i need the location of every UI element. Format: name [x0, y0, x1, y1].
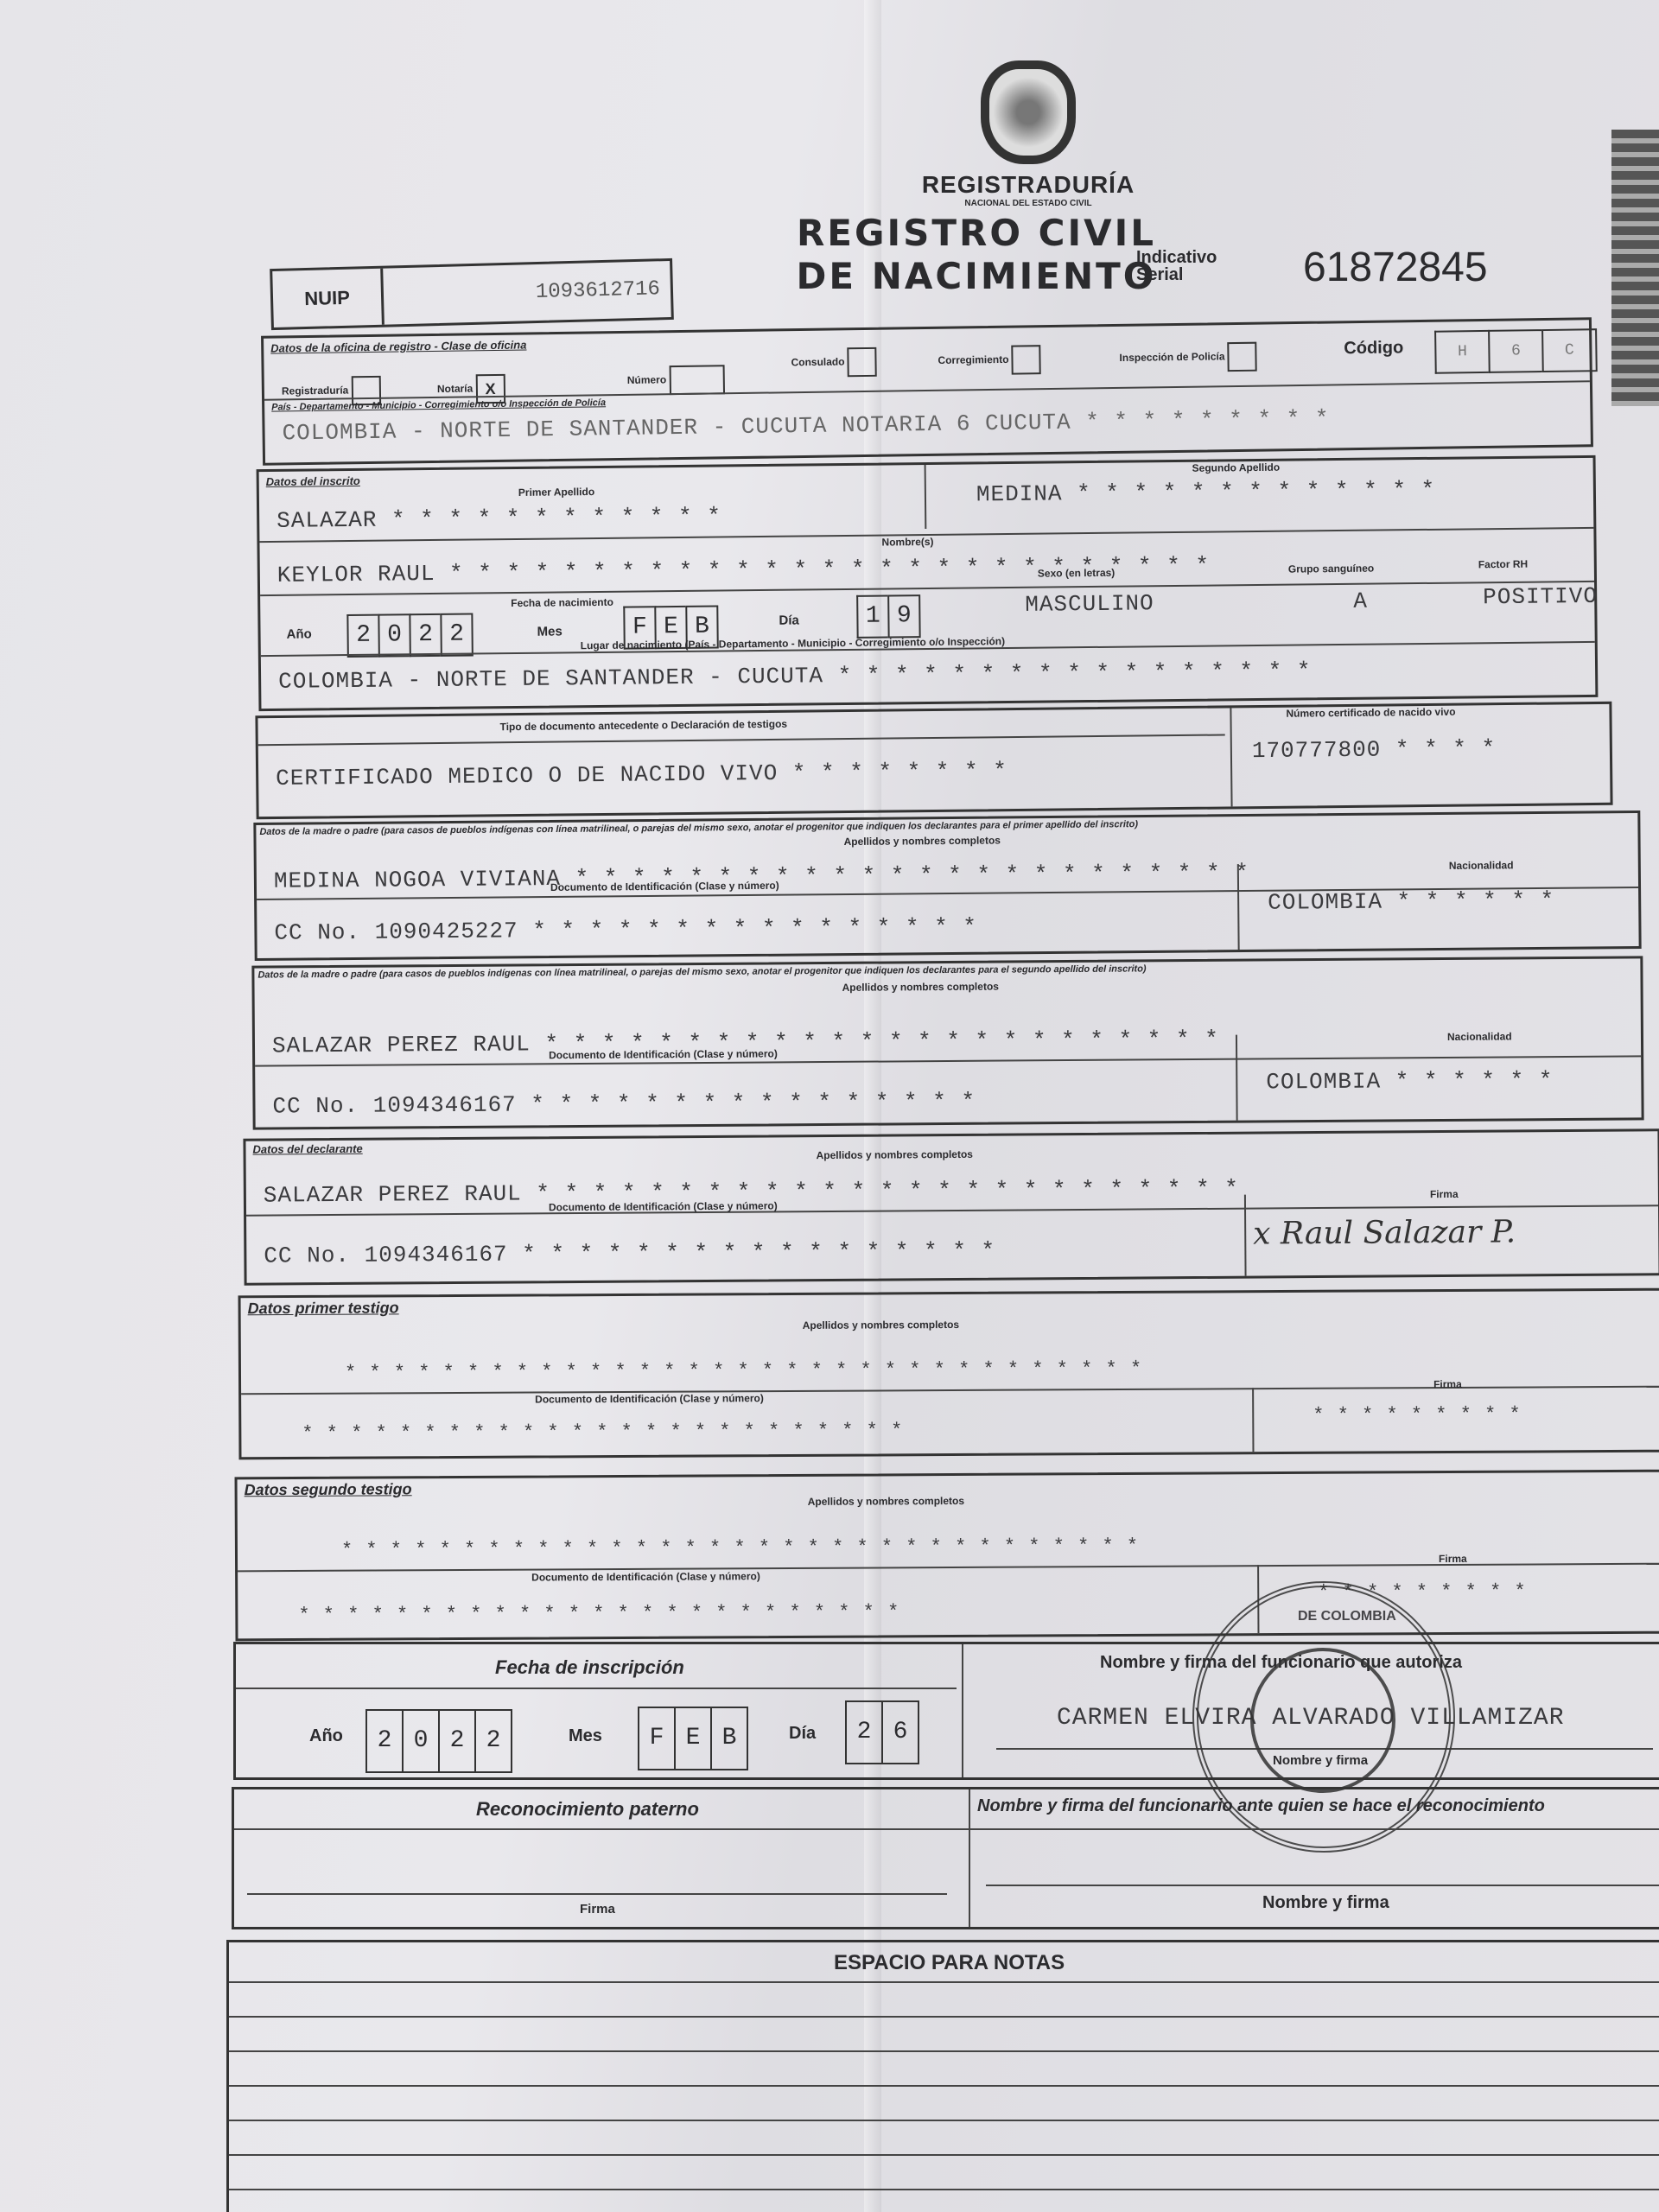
code-label: Código — [1344, 338, 1403, 359]
recognition-section: Reconocimiento paterno Firma Nombre y fi… — [232, 1787, 1659, 1929]
witness2-names-value: * * * * * * * * * * * * * * * * * * * * … — [341, 1535, 1139, 1561]
inscription-month-label: Mes — [569, 1726, 602, 1746]
witness1-signature-value: * * * * * * * * * — [1313, 1404, 1522, 1427]
blood-group-value: A — [1353, 588, 1368, 614]
declarant-doc-label: Documento de Identificación (Clase y núm… — [549, 1199, 778, 1213]
birth-day-digits: 1 9 — [856, 594, 921, 639]
witness1-doc-label: Documento de Identificación (Clase y núm… — [535, 1392, 764, 1405]
names-label: Nombre(s) — [881, 536, 933, 549]
parent2-names-label: Apellidos y nombres completos — [842, 981, 999, 994]
checkbox-inspeccion — [1228, 342, 1257, 372]
coat-of-arms-icon — [981, 60, 1076, 164]
parent2-nationality-label: Nacionalidad — [1447, 1030, 1512, 1043]
inscription-day-label: Día — [789, 1724, 816, 1744]
recognition-signature-label: Firma — [580, 1902, 615, 1916]
parent1-names-label: Apellidos y nombres completos — [843, 834, 1000, 848]
inscription-caption: Fecha de inscripción — [495, 1656, 684, 1679]
stamp-inner-ring — [1250, 1648, 1395, 1793]
parent1-doc-label: Documento de Identificación (Clase y núm… — [550, 880, 779, 893]
office-option-inspeccion: Inspección de Policía — [1119, 342, 1257, 373]
parent1-nationality-label: Nacionalidad — [1449, 859, 1514, 872]
second-surname-value: MEDINA * * * * * * * * * * * * * — [976, 477, 1436, 508]
registrant-caption: Datos del inscrito — [266, 474, 360, 488]
declarant-section: Datos del declarante Apellidos y nombres… — [243, 1128, 1659, 1285]
declarant-doc-value: CC No. 1094346167 * * * * * * * * * * * … — [264, 1238, 995, 1269]
nuip-box: NUIP 1093612716 — [270, 258, 674, 330]
recognition-caption: Reconocimiento paterno — [476, 1798, 699, 1821]
cert-number-value: 170777800 * * * * — [1252, 735, 1497, 764]
birth-year-digits: 2 0 2 2 — [346, 613, 474, 658]
nuip-label: NUIP — [272, 269, 385, 327]
witness1-names-value: * * * * * * * * * * * * * * * * * * * * … — [345, 1358, 1142, 1384]
birthplace-value: COLOMBIA - NORTE DE SANTANDER - CUCUTA *… — [278, 658, 1312, 695]
institution-name: REGISTRADURÍA — [726, 171, 1331, 199]
birth-certificate-page: REGISTRADURÍA NACIONAL DEL ESTADO CIVIL … — [0, 0, 1659, 2212]
office-section: Datos de la oficina de registro - Clase … — [261, 317, 1593, 465]
notes-caption: ESPACIO PARA NOTAS — [834, 1951, 1065, 1975]
office-caption: Datos de la oficina de registro - Clase … — [270, 338, 526, 354]
witness2-section: Datos segundo testigo Apellidos y nombre… — [235, 1470, 1659, 1642]
parent1-doc-value: CC No. 1090425227 * * * * * * * * * * * … — [274, 914, 977, 946]
witness2-doc-value: * * * * * * * * * * * * * * * * * * * * … — [298, 1601, 899, 1626]
office-option-numero: Número — [627, 365, 725, 396]
code-chars: H 6 C — [1434, 328, 1598, 374]
serial-value: 61872845 — [1303, 244, 1488, 291]
witness2-signature-label: Firma — [1439, 1553, 1467, 1565]
parent2-nationality-value: COLOMBIA * * * * * * — [1266, 1067, 1553, 1095]
inscription-year-digits: 2 0 2 2 — [365, 1709, 512, 1773]
serial-label: Indicativo Serial — [1136, 249, 1249, 283]
witness1-names-label: Apellidos y nombres completos — [803, 1319, 959, 1332]
parent2-doc-value: CC No. 1094346167 * * * * * * * * * * * … — [272, 1089, 976, 1120]
witness2-names-label: Apellidos y nombres completos — [808, 1495, 964, 1508]
birth-month-label: Mes — [537, 624, 562, 639]
blood-group-label: Grupo sanguíneo — [1288, 563, 1374, 575]
inscription-month-chars: F E B — [638, 1707, 748, 1770]
notes-section: ESPACIO PARA NOTAS — [226, 1940, 1659, 2212]
first-surname-label: Primer Apellido — [518, 486, 594, 499]
office-option-corregimiento: Corregimiento — [938, 345, 1041, 376]
witness1-signature-label: Firma — [1433, 1378, 1462, 1390]
birth-day-label: Día — [779, 613, 799, 628]
sex-label: Sexo (en letras) — [1038, 567, 1116, 580]
witness1-doc-value: * * * * * * * * * * * * * * * * * * * * … — [302, 1420, 903, 1445]
stamp-text: DE COLOMBIA — [1298, 1609, 1396, 1624]
parent2-caption: Datos de la madre o padre (para casos de… — [257, 960, 1640, 980]
witness2-caption: Datos segundo testigo — [245, 1480, 412, 1499]
cert-number-label: Número certificado de nacido vivo — [1286, 706, 1455, 720]
first-surname-value: SALAZAR * * * * * * * * * * * * — [276, 503, 721, 533]
parent1-section: Datos de la madre o padre (para casos de… — [253, 810, 1641, 961]
second-surname-label: Segundo Apellido — [1192, 461, 1281, 474]
parent2-doc-label: Documento de Identificación (Clase y núm… — [549, 1047, 778, 1061]
witness1-caption: Datos primer testigo — [248, 1299, 399, 1318]
rh-value: POSITIVO — [1483, 583, 1598, 610]
declarant-signature: x Raul Salazar P. — [1253, 1214, 1516, 1251]
recognition-official-label: Nombre y firma del funcionario ante quie… — [977, 1796, 1545, 1816]
checkbox-consulado — [848, 347, 877, 377]
office-option-consulado: Consulado — [791, 347, 877, 378]
birth-year-label: Año — [286, 626, 311, 641]
declarant-signature-label: Firma — [1430, 1188, 1459, 1200]
parent2-section: Datos de la madre o padre (para casos de… — [251, 956, 1643, 1129]
doc-type-label: Tipo de documento antecedente o Declarac… — [499, 718, 787, 733]
registrant-section: Datos del inscrito Primer Apellido Segun… — [257, 455, 1599, 711]
declarant-caption: Datos del declarante — [252, 1142, 362, 1156]
notary-number-box — [669, 365, 724, 395]
sex-value: MASCULINO — [1025, 590, 1154, 618]
antecedent-section: Tipo de documento antecedente o Declarac… — [255, 702, 1612, 819]
birth-date-label: Fecha de nacimiento — [511, 596, 613, 609]
doc-type-value: CERTIFICADO MEDICO O DE NACIDO VIVO * * … — [276, 758, 1007, 791]
recognition-official-sign-label: Nombre y firma — [1262, 1893, 1389, 1913]
inscription-year-label: Año — [309, 1726, 343, 1746]
institution-subtitle: NACIONAL DEL ESTADO CIVIL — [726, 199, 1331, 208]
parent1-nationality-value: COLOMBIA * * * * * * — [1268, 887, 1554, 916]
witness2-doc-label: Documento de Identificación (Clase y núm… — [531, 1570, 760, 1583]
office-location-value: COLOMBIA - NORTE DE SANTANDER - CUCUTA N… — [282, 406, 1329, 447]
rh-label: Factor RH — [1478, 558, 1528, 571]
barcode-edge — [1611, 130, 1659, 406]
inscription-day-digits: 2 6 — [845, 1700, 919, 1764]
declarant-names-label: Apellidos y nombres completos — [817, 1148, 973, 1161]
checkbox-corregimiento — [1012, 345, 1041, 374]
witness1-section: Datos primer testigo Apellidos y nombres… — [238, 1288, 1659, 1460]
document-title-line1: REGISTRO CIVIL — [622, 215, 1331, 251]
nuip-value: 1093612716 — [383, 261, 671, 325]
